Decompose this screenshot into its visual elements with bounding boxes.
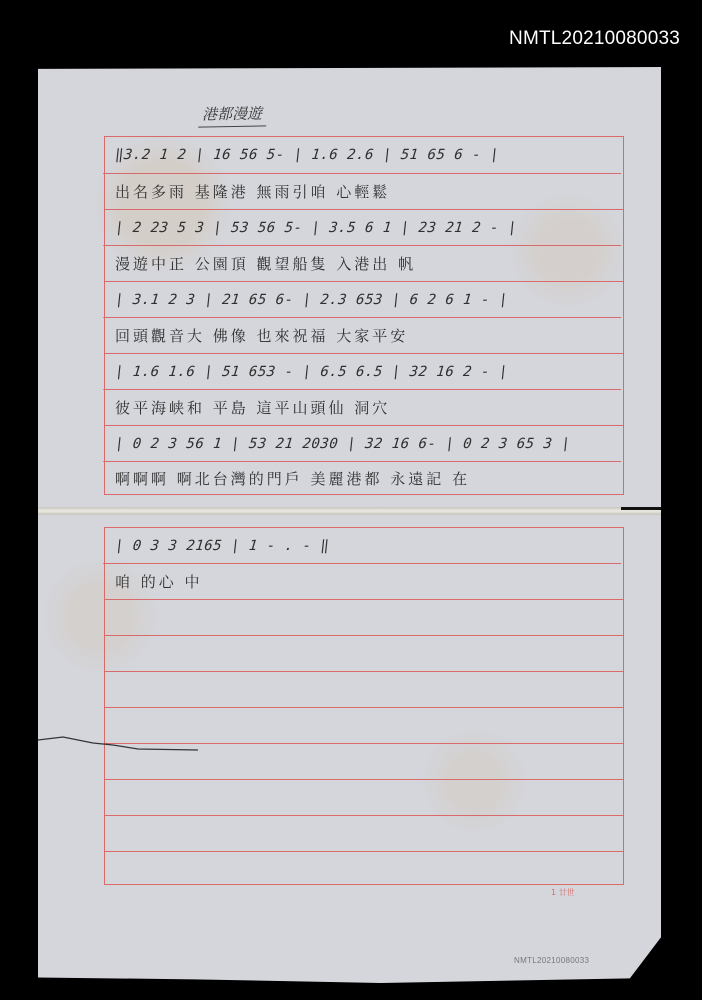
fold-tear bbox=[621, 507, 661, 510]
blank-row bbox=[105, 852, 623, 884]
notation-row: ‖3.2 1 2 | 16 56 5- | 1.6 2.6 | 51 65 6 … bbox=[103, 137, 625, 174]
notation-row: | 1.6 1.6 | 51 653 - | 6.5 6.5 | 32 16 2… bbox=[103, 354, 625, 390]
ruled-box-bottom: | 0 3 3 2165 | 1 - . - ‖ 咱 的心 中 bbox=[104, 527, 624, 885]
lyrics-row: 咱 的心 中 bbox=[105, 564, 623, 600]
lyrics-row: 出名多雨 基隆港 無雨引咱 心輕鬆 bbox=[105, 174, 623, 210]
catalog-id: NMTL20210080033 bbox=[509, 28, 680, 50]
ruled-box-top: ‖3.2 1 2 | 16 56 5- | 1.6 2.6 | 51 65 6 … bbox=[104, 136, 624, 495]
page-mark: 1 廿世 bbox=[551, 887, 575, 898]
notation-row: | 3.1 2 3 | 21 65 6- | 2.3 653 | 6 2 6 1… bbox=[103, 282, 625, 318]
archive-stamp: NMTL20210080033 bbox=[514, 956, 589, 965]
notation-row: | 0 2 3 56 1 | 53 21 2030 | 32 16 6- | 0… bbox=[103, 426, 625, 462]
blank-row bbox=[105, 816, 623, 852]
notation-row: | 2 23 5 3 | 53 56 5- | 3.5 6 1 | 23 21 … bbox=[103, 210, 625, 246]
song-title: 港都漫遊 bbox=[198, 102, 266, 127]
notation-row: | 0 3 3 2165 | 1 - . - ‖ bbox=[103, 528, 625, 564]
blank-row bbox=[105, 672, 623, 708]
lyrics-row: 彼平海峡和 平島 這平山頭仙 洞穴 bbox=[105, 390, 623, 426]
manuscript-page: 港都漫遊 ‖3.2 1 2 | 16 56 5- | 1.6 2.6 | 51 … bbox=[38, 67, 661, 983]
blank-row bbox=[105, 636, 623, 672]
fold-line bbox=[38, 507, 661, 515]
lyrics-row: 啊啊啊 啊北台灣的門戶 美麗港都 永遠記 在 bbox=[105, 462, 623, 494]
paper-crack bbox=[38, 732, 198, 752]
lyrics-row: 回頭觀音大 佛像 也來祝福 大家平安 bbox=[105, 318, 623, 354]
lyrics-row: 漫遊中正 公園頂 觀望船隻 入港出 帆 bbox=[105, 246, 623, 282]
blank-row bbox=[105, 780, 623, 816]
blank-row bbox=[105, 600, 623, 636]
